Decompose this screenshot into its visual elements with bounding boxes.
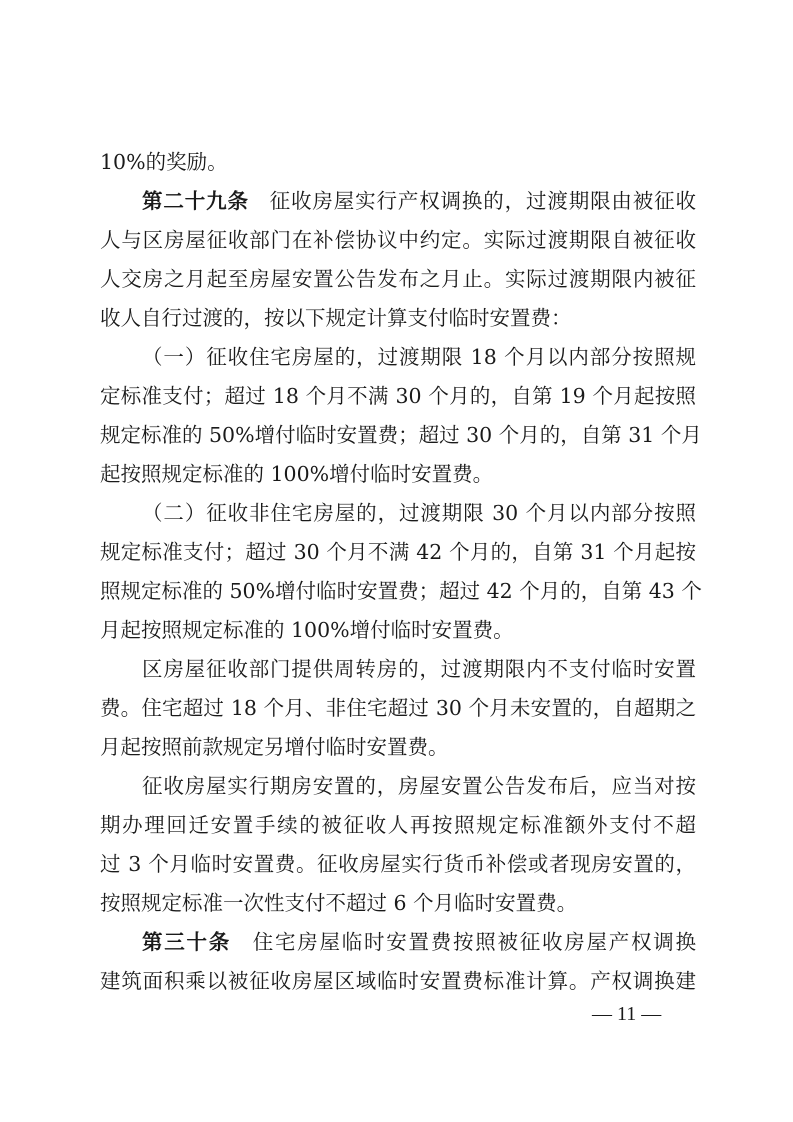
article-29-first-line: 第二十九条征收房屋实行产权调换的，过渡期限由被征收: [100, 182, 696, 221]
text-line: 照规定标准的 50%增付临时安置费；超过 42 个月的，自第 43 个: [100, 572, 696, 611]
page-number: — 11 —: [592, 1003, 682, 1026]
article-heading: 第二十九条: [142, 189, 249, 213]
text-line: 人交房之月起至房屋安置公告发布之月止。实际过渡期限内被征: [100, 260, 696, 299]
text-line: 建筑面积乘以被征收房屋区域临时安置费标准计算。产权调换建: [100, 962, 696, 1001]
text-line: 起按照规定标准的 100%增付临时安置费。: [100, 455, 696, 494]
document-page: 10%的奖励。 第二十九条征收房屋实行产权调换的，过渡期限由被征收 人与区房屋征…: [100, 143, 696, 1001]
text-line: 期办理回迁安置手续的被征收人再按照规定标准额外支付不超: [100, 806, 696, 845]
text-line: 住宅房屋临时安置费按照被征收房屋产权调换: [251, 930, 696, 954]
text-line: 收人自行过渡的，按以下规定计算支付临时安置费：: [100, 299, 696, 338]
text-line: 月起按照规定标准的 100%增付临时安置费。: [100, 611, 696, 650]
text-line: 月起按照前款规定另增付临时安置费。: [100, 728, 696, 767]
text-line: （二）征收非住宅房屋的，过渡期限 30 个月以内部分按照: [100, 494, 696, 533]
text-line: 征收房屋实行产权调换的，过渡期限由被征收: [269, 189, 696, 213]
text-line: 过 3 个月临时安置费。征收房屋实行货币补偿或者现房安置的，: [100, 845, 696, 884]
text-line: 征收房屋实行期房安置的，房屋安置公告发布后，应当对按: [100, 767, 696, 806]
text-line: 费。住宅超过 18 个月、非住宅超过 30 个月未安置的，自超期之: [100, 689, 696, 728]
article-30-first-line: 第三十条住宅房屋临时安置费按照被征收房屋产权调换: [100, 923, 696, 962]
text-line: 10%的奖励。: [100, 143, 696, 182]
text-line: 规定标准支付；超过 30 个月不满 42 个月的，自第 31 个月起按: [100, 533, 696, 572]
text-line: 定标准支付；超过 18 个月不满 30 个月的，自第 19 个月起按照: [100, 377, 696, 416]
text-line: （一）征收住宅房屋的，过渡期限 18 个月以内部分按照规: [100, 338, 696, 377]
text-line: 区房屋征收部门提供周转房的，过渡期限内不支付临时安置: [100, 650, 696, 689]
text-line: 人与区房屋征收部门在补偿协议中约定。实际过渡期限自被征收: [100, 221, 696, 260]
text-line: 规定标准的 50%增付临时安置费；超过 30 个月的，自第 31 个月: [100, 416, 696, 455]
article-heading: 第三十条: [142, 930, 231, 954]
text-line: 按照规定标准一次性支付不超过 6 个月临时安置费。: [100, 884, 696, 923]
